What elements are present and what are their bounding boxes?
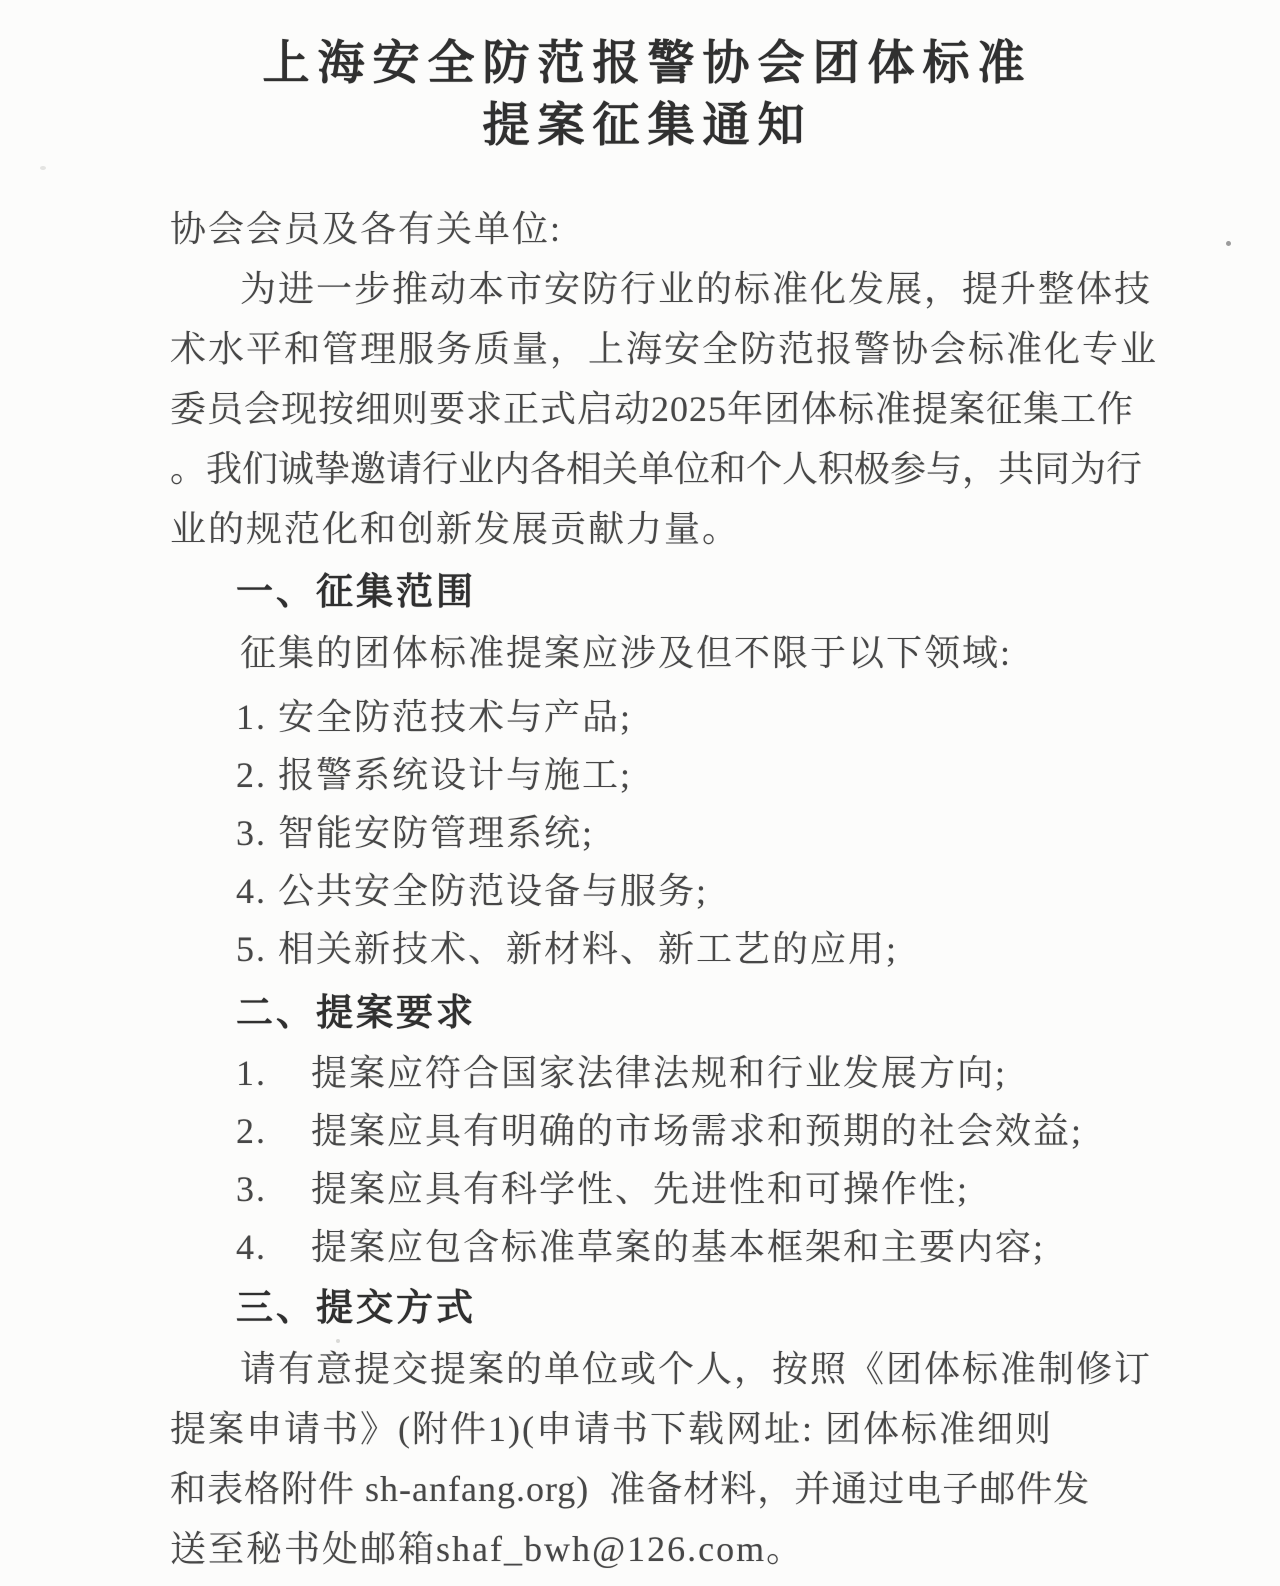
requirement-item-4: 4. 提案应包含标准草案的基本框架和主要内容; xyxy=(170,1218,1125,1276)
scope-item-2: 2. 报警系统设计与施工; xyxy=(170,746,1125,804)
submission-line-2: 提案申请书》(附件1)(申请书下载网址: 团体标准细则 xyxy=(170,1399,1125,1459)
scope-item-3: 3. 智能安防管理系统; xyxy=(170,804,1125,862)
document-content: 上海安全防范报警协会团体标准 提案征集通知 协会会员及各有关单位: 为进一步推动… xyxy=(170,33,1125,1579)
section-scope-lead: 征集的团体标准提案应涉及但不限于以下领域: xyxy=(170,623,1125,683)
document-title-line-1: 上海安全防范报警协会团体标准 xyxy=(170,33,1125,95)
scan-speck xyxy=(336,1339,340,1343)
scope-item-4: 4. 公共安全防范设备与服务; xyxy=(170,862,1125,920)
section-scope-heading: 一、征集范围 xyxy=(170,563,1125,623)
intro-line-5: 业的规范化和创新发展贡献力量。 xyxy=(170,499,1125,559)
document-title-line-2: 提案征集通知 xyxy=(170,95,1125,157)
section-requirements-heading: 二、提案要求 xyxy=(170,984,1125,1044)
requirement-item-2: 2. 提案应具有明确的市场需求和预期的社会效益; xyxy=(170,1102,1125,1160)
scope-item-1: 1. 安全防范技术与产品; xyxy=(170,688,1125,746)
submission-line-1: 请有意提交提案的单位或个人，按照《团体标准制修订 xyxy=(170,1339,1125,1399)
scan-speck xyxy=(1226,241,1231,246)
requirement-item-3: 3. 提案应具有科学性、先进性和可操作性; xyxy=(170,1160,1125,1218)
section-submission-heading: 三、提交方式 xyxy=(170,1279,1125,1339)
scan-speck xyxy=(40,166,46,170)
requirement-item-1: 1. 提案应符合国家法律法规和行业发展方向; xyxy=(170,1044,1125,1102)
submission-line-3: 和表格附件 sh-anfang.org) 准备材料，并通过电子邮件发 xyxy=(170,1459,1125,1519)
submission-line-4: 送至秘书处邮箱shaf_bwh@126.com。 xyxy=(170,1519,1125,1579)
salutation-line: 协会会员及各有关单位: xyxy=(170,199,1125,259)
intro-line-2: 术水平和管理服务质量，上海安全防范报警协会标准化专业 xyxy=(170,319,1125,379)
intro-line-1: 为进一步推动本市安防行业的标准化发展，提升整体技 xyxy=(170,259,1125,319)
intro-line-3: 委员会现按细则要求正式启动2025年团体标准提案征集工作 xyxy=(170,379,1125,439)
scope-item-5: 5. 相关新技术、新材料、新工艺的应用; xyxy=(170,920,1125,978)
intro-line-4: 。我们诚挚邀请行业内各相关单位和个人积极参与，共同为行 xyxy=(170,439,1125,499)
document-page: 上海安全防范报警协会团体标准 提案征集通知 协会会员及各有关单位: 为进一步推动… xyxy=(0,0,1280,1586)
